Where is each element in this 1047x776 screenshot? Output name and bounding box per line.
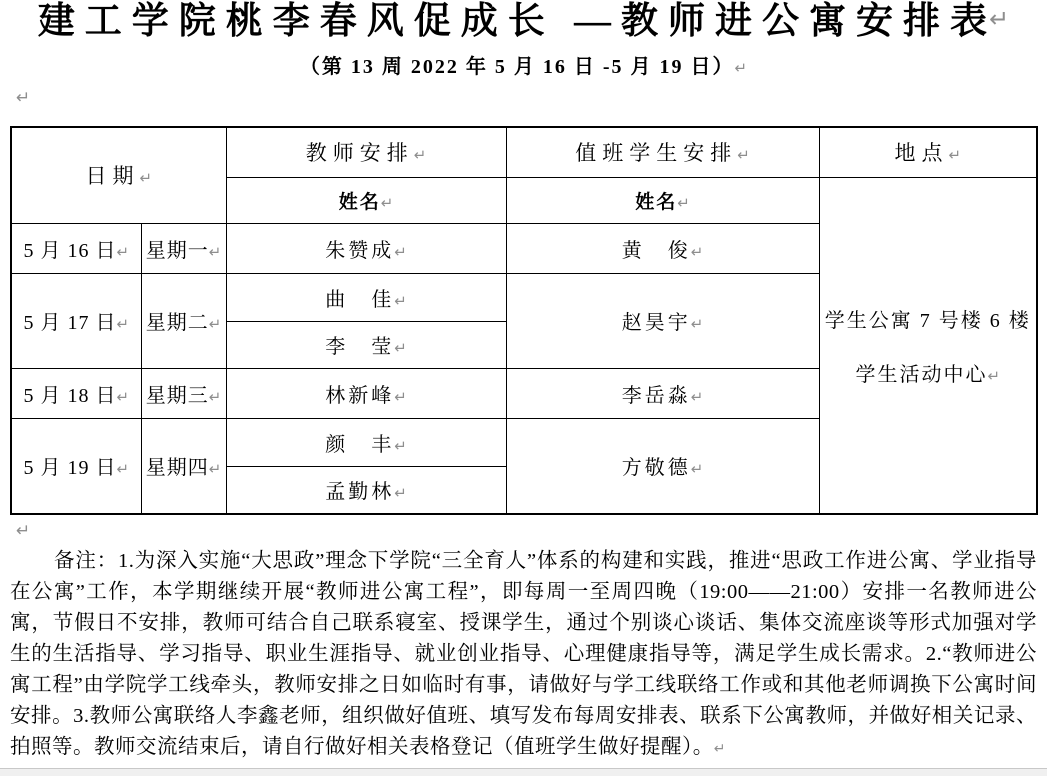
return-mark: ↵ — [394, 388, 407, 406]
return-mark: ↵ — [714, 741, 726, 757]
page-title-text: 建工学院桃李春风促成长 —教师进公寓安排表 — [38, 1, 997, 42]
return-mark: ↵ — [948, 146, 961, 164]
teacher-name-cell[interactable]: 曲 佳↵ — [226, 273, 506, 321]
return-mark: ↵ — [209, 243, 222, 261]
teacher-name-cell[interactable]: 孟勤林↵ — [226, 466, 506, 514]
date-cell[interactable]: 5 月 16 日↵ — [11, 223, 141, 273]
return-mark: ↵ — [691, 315, 704, 333]
return-mark: ↵ — [116, 315, 129, 333]
page-subtitle[interactable]: （第 13 周 2022 年 5 月 16 日 -5 月 19 日）↵ — [0, 52, 1047, 83]
return-mark: ↵ — [691, 243, 704, 261]
page-subtitle-text: （第 13 周 2022 年 5 月 16 日 -5 月 19 日） — [300, 56, 735, 78]
subheader-teacher-name[interactable]: 姓名↵ — [226, 177, 506, 223]
header-date-label: 日期 — [85, 165, 139, 188]
paragraph-mark: ↵ — [16, 521, 30, 541]
weekday-cell[interactable]: 星期一↵ — [141, 223, 226, 273]
teacher-name-cell[interactable]: 颜 丰↵ — [226, 418, 506, 466]
return-mark: ↵ — [987, 367, 1000, 385]
paragraph-mark: ↵ — [16, 88, 30, 108]
weekday-cell[interactable]: 星期二↵ — [141, 273, 226, 368]
header-teacher[interactable]: 教师安排↵ — [226, 127, 506, 177]
return-mark: ↵ — [209, 460, 222, 478]
horizontal-scrollbar[interactable] — [0, 768, 1047, 776]
return-mark: ↵ — [139, 169, 152, 187]
teacher-name-cell[interactable]: 李 莹↵ — [226, 321, 506, 368]
return-mark: ↵ — [735, 59, 748, 77]
schedule-table: 日期↵ 教师安排↵ 值班学生安排↵ 地点↵ 姓名↵ 姓名↵ 学生公寓 7 号楼 … — [10, 126, 1038, 515]
student-name-cell[interactable]: 赵昊宇↵ — [506, 273, 819, 368]
subheader-student-name-label: 姓名 — [635, 192, 677, 213]
return-mark: ↵ — [691, 388, 704, 406]
return-mark: ↵ — [209, 315, 222, 333]
location-line2: 学生活动中心↵ — [820, 358, 1037, 387]
return-mark: ↵ — [394, 292, 407, 310]
return-mark: ↵ — [116, 388, 129, 406]
notes-paragraph[interactable]: 备注：1.为深入实施“大思政”理念下学院“三全育人”体系的构建和实践，推进“思政… — [10, 546, 1037, 765]
student-name-cell[interactable]: 方敬德↵ — [506, 418, 819, 514]
header-location-label: 地点 — [894, 142, 948, 165]
return-mark: ↵ — [677, 194, 690, 212]
subheader-teacher-name-label: 姓名 — [339, 192, 381, 213]
return-mark: ↵ — [394, 484, 407, 502]
page-title[interactable]: 建工学院桃李春风促成长 —教师进公寓安排表↵ — [0, 0, 1047, 49]
return-mark: ↵ — [394, 437, 407, 455]
return-mark: ↵ — [414, 146, 427, 164]
return-mark: ↵ — [691, 460, 704, 478]
return-mark: ↵ — [381, 194, 394, 212]
header-location[interactable]: 地点↵ — [819, 127, 1037, 177]
return-mark: ↵ — [394, 243, 407, 261]
weekday-cell[interactable]: 星期三↵ — [141, 368, 226, 418]
student-name-cell[interactable]: 黄 俊↵ — [506, 223, 819, 273]
subheader-student-name[interactable]: 姓名↵ — [506, 177, 819, 223]
student-name-cell[interactable]: 李岳淼↵ — [506, 368, 819, 418]
teacher-name-cell[interactable]: 朱赞成↵ — [226, 223, 506, 273]
return-mark: ↵ — [394, 339, 407, 357]
document-page: 建工学院桃李春风促成长 —教师进公寓安排表↵ （第 13 周 2022 年 5 … — [0, 0, 1047, 776]
return-mark: ↵ — [116, 243, 129, 261]
return-mark: ↵ — [209, 388, 222, 406]
notes-text: 备注：1.为深入实施“大思政”理念下学院“三全育人”体系的构建和实践，推进“思政… — [10, 550, 1037, 758]
return-mark: ↵ — [989, 5, 1009, 33]
return-mark: ↵ — [116, 460, 129, 478]
header-student[interactable]: 值班学生安排↵ — [506, 127, 819, 177]
location-line1: 学生公寓 7 号楼 6 楼 — [820, 304, 1037, 333]
header-teacher-label: 教师安排 — [306, 142, 414, 165]
date-cell[interactable]: 5 月 18 日↵ — [11, 368, 141, 418]
header-student-label: 值班学生安排 — [575, 142, 737, 165]
header-date[interactable]: 日期↵ — [11, 127, 226, 223]
weekday-cell[interactable]: 星期四↵ — [141, 418, 226, 514]
date-cell[interactable]: 5 月 19 日↵ — [11, 418, 141, 514]
date-cell[interactable]: 5 月 17 日↵ — [11, 273, 141, 368]
return-mark: ↵ — [737, 146, 750, 164]
teacher-name-cell[interactable]: 林新峰↵ — [226, 368, 506, 418]
location-cell[interactable]: 学生公寓 7 号楼 6 楼 学生活动中心↵ — [819, 177, 1037, 514]
